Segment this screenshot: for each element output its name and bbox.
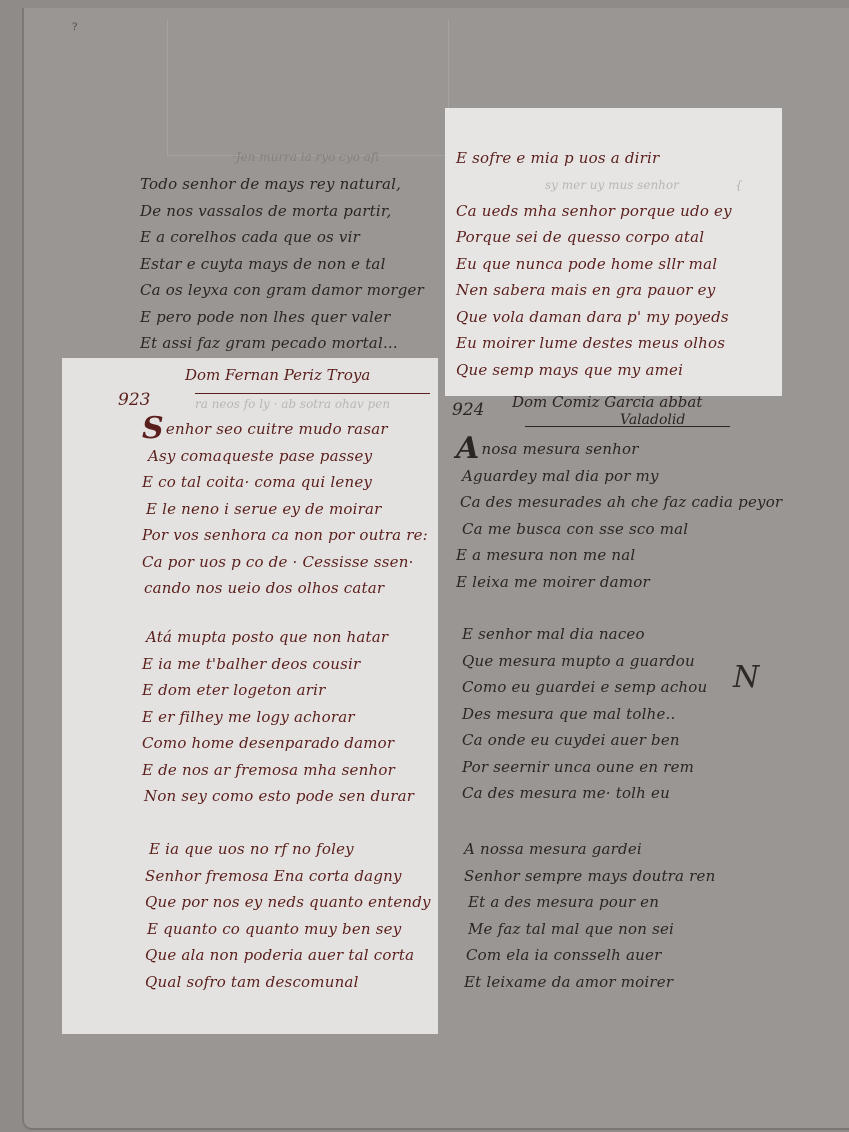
verse-line: Et assi faz gram pecado mortal... bbox=[140, 330, 424, 357]
verse-line: Ca ueds mha senhor porque udo ey bbox=[456, 198, 732, 225]
margin-letter: N bbox=[733, 660, 759, 695]
verse-line: E pero pode non lhes quer valer bbox=[140, 304, 424, 331]
heading-underline bbox=[195, 393, 430, 394]
verse-line: Que semp mays que my amei bbox=[456, 357, 732, 384]
verse-line: E ia que uos no rf no foley bbox=[145, 836, 431, 863]
verse-line: Senhor seo cuitre mudo rasar bbox=[142, 416, 428, 443]
verse-line: Ca os leyxa con gram damor morger bbox=[140, 277, 424, 304]
verse-line: E a mesura non me nal bbox=[456, 542, 782, 569]
poem-number-924: 924 bbox=[452, 400, 484, 420]
verse-line: E senhor mal dia naceo bbox=[462, 621, 707, 648]
verse-line: Eu moirer lume destes meus olhos bbox=[456, 330, 732, 357]
show-through-text: { bbox=[735, 178, 743, 192]
verse-line: Todo senhor de mays rey natural, bbox=[140, 171, 424, 198]
verse-line: E de nos ar fremosa mha senhor bbox=[142, 757, 414, 784]
poem-924-stanza-1: Anosa mesura senhor Aguardey mal dia por… bbox=[456, 436, 782, 595]
page-corner-mark: ? bbox=[72, 22, 77, 33]
verse-line: E le neno i serue ey de moirar bbox=[142, 496, 428, 523]
verse-line: Por vos senhora ca non por outra re: bbox=[142, 522, 428, 549]
verse-line: Porque sei de quesso corpo atal bbox=[456, 224, 732, 251]
verse-line: Et a des mesura pour en bbox=[464, 889, 715, 916]
poem-924-stanza-2: E senhor mal dia naceo Que mesura mupto … bbox=[462, 621, 707, 807]
verse-line: Que ala non poderia auer tal corta bbox=[145, 942, 431, 969]
verse-line: Asy comaqueste pase passey bbox=[142, 443, 428, 470]
verse-line: Ca me busca con sse sco mal bbox=[456, 516, 782, 543]
verse-line: E leixa me moirer damor bbox=[456, 569, 782, 596]
verse-line: E sofre e mia p uos a dirir bbox=[456, 145, 732, 172]
poem-923-heading: Dom Fernan Periz Troya bbox=[185, 366, 370, 384]
verse-line: De nos vassalos de morta partir, bbox=[140, 198, 424, 225]
verse-line: Como eu guardei e semp achou bbox=[462, 674, 707, 701]
verse-line: cando nos ueio dos olhos catar bbox=[142, 575, 428, 602]
verse-line: Ca por uos p co de · Cessisse ssen· bbox=[142, 549, 428, 576]
show-through-text: ra neos fo ly · ab sotra ohav pen bbox=[195, 397, 390, 411]
verse-line: E a corelhos cada que os vir bbox=[140, 224, 424, 251]
decorated-initial: S bbox=[142, 411, 164, 446]
verse-line: E ia me t'balher deos cousir bbox=[142, 651, 414, 678]
poem-924-heading-line-2: Valadolid bbox=[620, 412, 685, 428]
verse-line: E er filhey me logy achorar bbox=[142, 704, 414, 731]
poem-923-stanza-3: E ia que uos no rf no foley Senhor fremo… bbox=[145, 836, 431, 995]
verse-line: Nen sabera mais en gra pauor ey bbox=[456, 277, 732, 304]
poem-924-stanza-3: A nossa mesura gardei Senhor sempre mays… bbox=[464, 836, 715, 995]
verse-line: E dom eter logeton arir bbox=[142, 677, 414, 704]
verse-line: Que por nos ey neds quanto entendy bbox=[145, 889, 431, 916]
verse-line: Eu que nunca pode home sllr mal bbox=[456, 251, 732, 278]
verse-line: Por seernir unca oune en rem bbox=[462, 754, 707, 781]
show-through-text: ·Jen murra ia ryo cyo afi bbox=[232, 150, 379, 164]
verse-line: Ca onde eu cuydei auer ben bbox=[462, 727, 707, 754]
verse-line: Como home desenparado damor bbox=[142, 730, 414, 757]
verse-line: Qual sofro tam descomunal bbox=[145, 969, 431, 996]
verse-line: A nossa mesura gardei bbox=[464, 836, 715, 863]
verse-line: Et leixame da amor moirer bbox=[464, 969, 715, 996]
verse-line: Senhor sempre mays doutra ren bbox=[464, 863, 715, 890]
poem-number-923: 923 bbox=[118, 390, 150, 410]
poem-923-stanza-2: Atá mupta posto que non hatar E ia me t'… bbox=[142, 624, 414, 810]
spacer bbox=[456, 172, 732, 198]
verse-line: E quanto co quanto muy ben sey bbox=[145, 916, 431, 943]
verse-line: Ca des mesura me· tolh eu bbox=[462, 780, 707, 807]
verse-line: Me faz tal mal que non sei bbox=[464, 916, 715, 943]
verse-line: Aguardey mal dia por my bbox=[456, 463, 782, 490]
verse-line: Que mesura mupto a guardou bbox=[462, 648, 707, 675]
verse-line: Senhor fremosa Ena corta dagny bbox=[145, 863, 431, 890]
verse-line: E co tal coita· coma qui leney bbox=[142, 469, 428, 496]
verse-line: Atá mupta posto que non hatar bbox=[142, 624, 414, 651]
verse-line: Des mesura que mal tolhe.. bbox=[462, 701, 707, 728]
right-top-stanza: E sofre e mia p uos a dirir Ca ueds mha … bbox=[456, 145, 732, 383]
decorated-initial: A bbox=[456, 431, 479, 466]
verse-line: Estar e cuyta mays de non e tal bbox=[140, 251, 424, 278]
verse-line: Com ela ia consselh auer bbox=[464, 942, 715, 969]
verse-line: Que vola daman dara p' my poyeds bbox=[456, 304, 732, 331]
left-top-stanza: Todo senhor de mays rey natural, De nos … bbox=[140, 171, 424, 357]
ruling-frame bbox=[167, 20, 449, 156]
poem-923-stanza-1: Senhor seo cuitre mudo rasar Asy comaque… bbox=[142, 416, 428, 602]
verse-line: Anosa mesura senhor bbox=[456, 436, 782, 463]
verse-line: Ca des mesurades ah che faz cadia peyor bbox=[456, 489, 782, 516]
verse-line: Non sey como esto pode sen durar bbox=[142, 783, 414, 810]
poem-924-heading: Dom Comiz Garcia abbat bbox=[512, 393, 702, 411]
